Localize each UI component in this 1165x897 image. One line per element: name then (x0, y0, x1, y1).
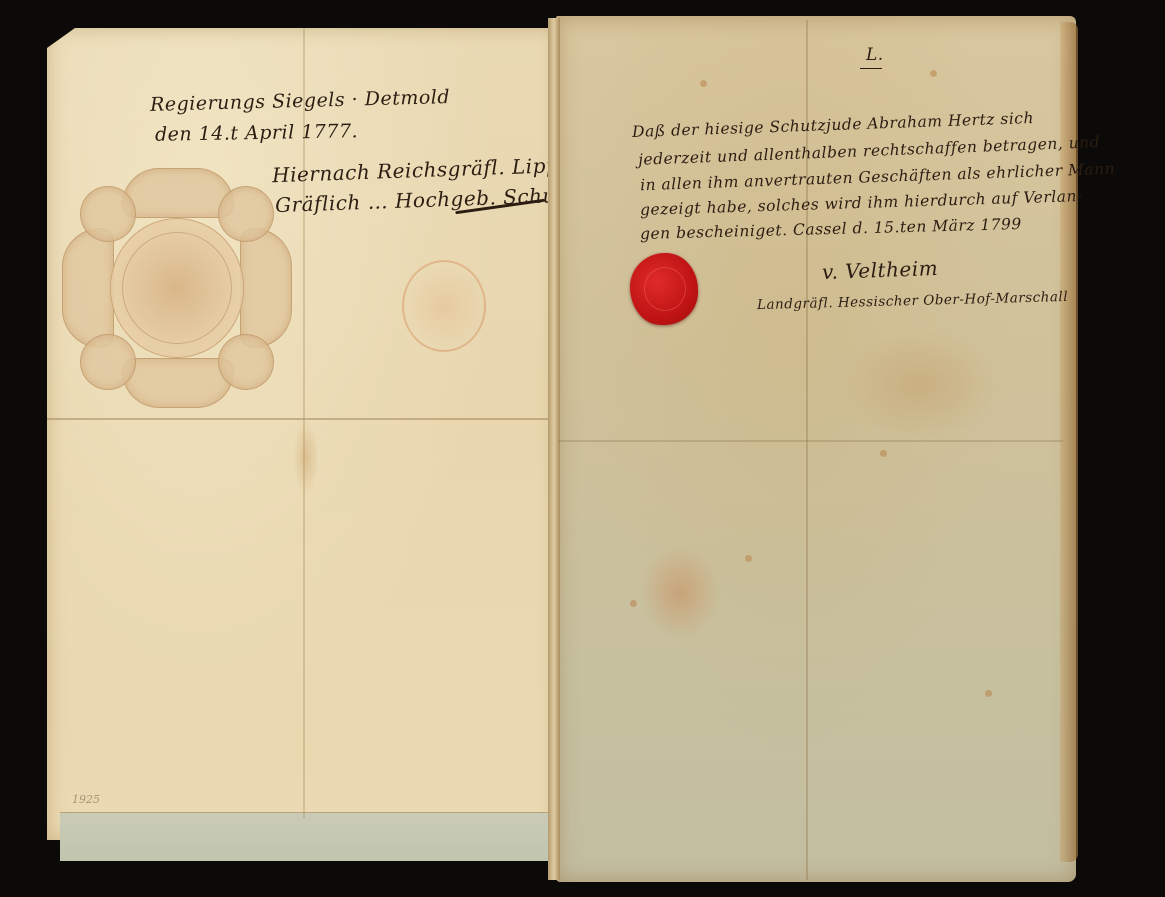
seal-petal-left (62, 228, 114, 348)
foxing-spot (880, 450, 887, 457)
seal-petal-right (240, 228, 292, 348)
archive-number-mark: 1925 (72, 793, 100, 806)
foxing-stain (840, 330, 1000, 440)
page-marker: L. (866, 45, 884, 65)
foxing-spot (985, 690, 992, 697)
foxing-spot (700, 80, 707, 87)
red-wax-seal (630, 253, 698, 325)
red-ink-stamp (402, 260, 486, 352)
foxing-stain (640, 545, 720, 640)
seal-lobe (80, 186, 136, 242)
signature: v. Veltheim (822, 256, 939, 284)
seal-lobe (218, 334, 274, 390)
seal-lobe (80, 334, 136, 390)
foxing-spot (745, 555, 752, 562)
fold-stain (293, 420, 319, 495)
right-horizontal-fold (558, 440, 1063, 442)
page-gutter (548, 18, 560, 880)
page-marker-underline (860, 68, 882, 69)
seal-core-ring (122, 232, 232, 344)
embossed-paper-seal (62, 168, 290, 406)
foxing-spot (630, 600, 637, 607)
left-page-bottom-strip (60, 812, 555, 861)
left-text-line: den 14.t April 1777. (155, 120, 358, 146)
seal-lobe (218, 186, 274, 242)
seal-petal-bottom (122, 358, 234, 408)
foxing-spot (930, 70, 937, 77)
